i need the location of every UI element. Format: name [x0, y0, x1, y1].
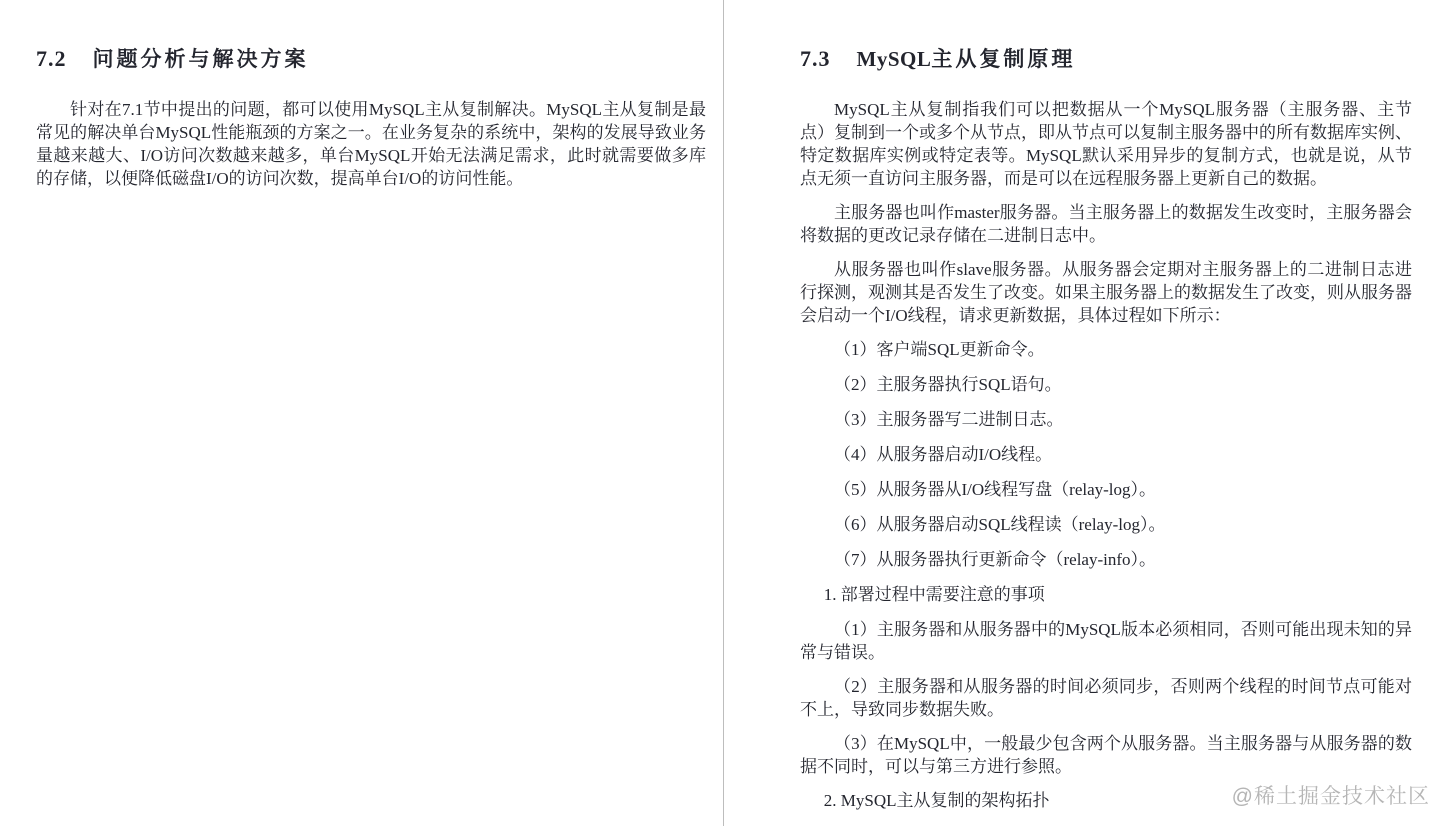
body-paragraph: 针对在7.1节中提出的问题，都可以使用MySQL主从复制解决。MySQL主从复制… [36, 98, 706, 190]
page-divider [723, 0, 724, 826]
left-page: 7.2问题分析与解决方案 针对在7.1节中提出的问题，都可以使用MySQL主从复… [36, 44, 706, 201]
community-watermark: @稀土掘金技术社区 [1232, 780, 1430, 810]
step-item-4: （4）从服务器启动I/O线程。 [800, 443, 1412, 466]
body-paragraph: 主服务器也叫作master服务器。当主服务器上的数据发生改变时，主服务器会将数据… [800, 201, 1412, 247]
step-item-6: （6）从服务器启动SQL线程读（relay-log）。 [800, 513, 1412, 536]
right-page: 7.3MySQL主从复制原理 MySQL主从复制指我们可以把数据从一个MySQL… [800, 44, 1412, 824]
step-item-1: （1）客户端SQL更新命令。 [800, 338, 1412, 361]
section-number: 7.3 [800, 46, 831, 71]
step-item-7: （7）从服务器执行更新命令（relay-info）。 [800, 548, 1412, 571]
section-heading-7-3: 7.3MySQL主从复制原理 [800, 44, 1412, 74]
section-number: 7.2 [36, 46, 67, 71]
step-item-3: （3）主服务器写二进制日志。 [800, 408, 1412, 431]
body-paragraph: MySQL主从复制指我们可以把数据从一个MySQL服务器（主服务器、主节点）复制… [800, 98, 1412, 190]
section-title-english: MySQL [857, 47, 932, 71]
section-heading-7-2: 7.2问题分析与解决方案 [36, 44, 706, 74]
note-paragraph-3: （3）在MySQL中，一般最少包含两个从服务器。当主服务器与从服务器的数据不同时… [800, 732, 1412, 778]
note-paragraph-1: （1）主服务器和从服务器中的MySQL版本必须相同，否则可能出现未知的异常与错误… [800, 618, 1412, 664]
section-title-chinese: 主从复制原理 [931, 47, 1075, 71]
body-paragraph: 从服务器也叫作slave服务器。从服务器会定期对主服务器上的二进制日志进行探测，… [800, 258, 1412, 327]
section-title: 问题分析与解决方案 [93, 47, 309, 71]
step-item-2: （2）主服务器执行SQL语句。 [800, 373, 1412, 396]
step-item-5: （5）从服务器从I/O线程写盘（relay-log）。 [800, 478, 1412, 501]
subsection-title-1: 1. 部署过程中需要注意的事项 [800, 583, 1412, 606]
note-paragraph-2: （2）主服务器和从服务器的时间必须同步，否则两个线程的时间节点可能对不上，导致同… [800, 675, 1412, 721]
